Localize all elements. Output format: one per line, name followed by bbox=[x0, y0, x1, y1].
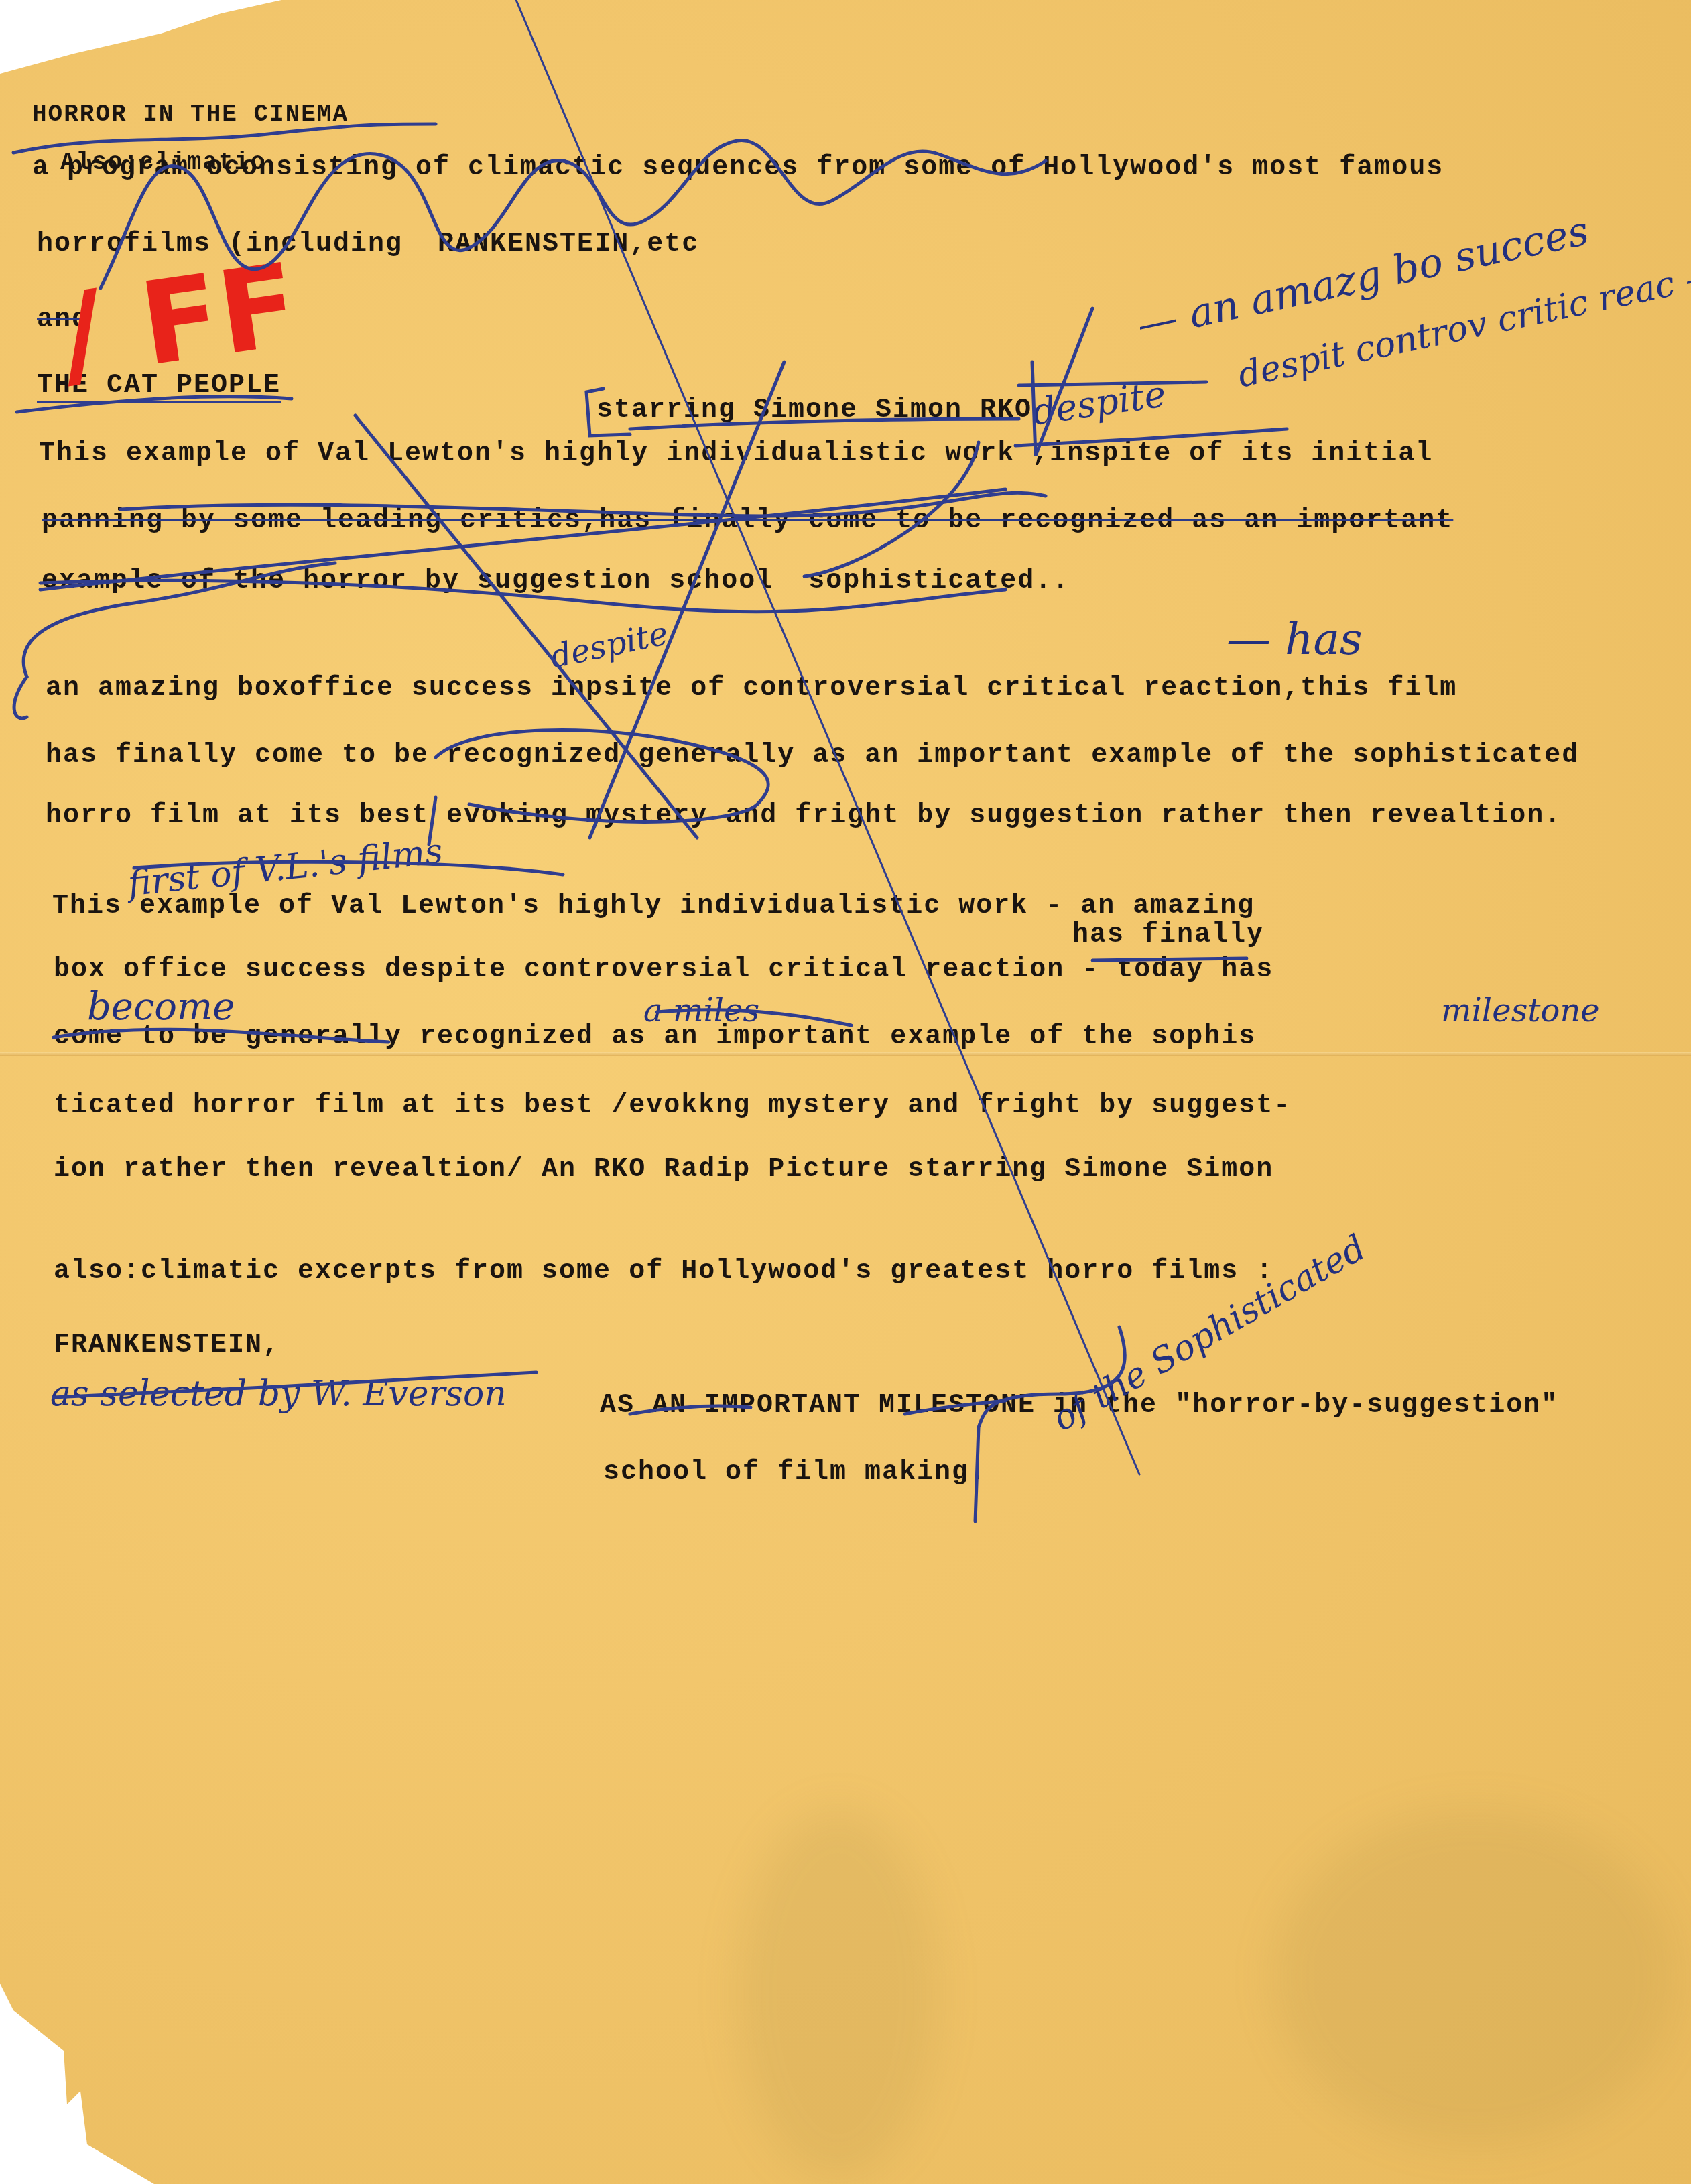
typed-line: ion rather then revealtion/ An RKO Radip… bbox=[54, 1155, 1273, 1185]
paper-stain bbox=[737, 1809, 938, 2178]
typed-line: This example of Val Lewton's highly indi… bbox=[39, 439, 1433, 469]
handwritten-become: become bbox=[87, 985, 235, 1029]
paper-stain bbox=[1273, 1809, 1676, 2144]
typed-line: panning by some leading critics,has fina… bbox=[42, 506, 1453, 536]
typed-line: also:climatic excerpts from some of Holl… bbox=[54, 1257, 1273, 1287]
typed-line-insert: has finally bbox=[1072, 920, 1264, 950]
typed-line: This example of Val Lewton's highly indi… bbox=[52, 891, 1255, 921]
typed-line: school of film making. bbox=[603, 1458, 987, 1488]
typed-line: ticated horror film at its best /evokkng… bbox=[54, 1091, 1291, 1121]
handwritten-a-miles: a miles bbox=[643, 992, 759, 1029]
typed-line: an amazing boxoffice success inpsite of … bbox=[46, 673, 1457, 704]
typed-line: horrofilms (including RANKENSTEIN,etc bbox=[37, 229, 699, 259]
handwritten-as-selected-by-everson: as selected by W. Everson bbox=[50, 1374, 507, 1414]
paper-fold-crease bbox=[0, 1052, 1691, 1056]
typed-line-frankenstein: FRANKENSTEIN, bbox=[54, 1330, 280, 1360]
typed-line: example of the horror by suggestion scho… bbox=[42, 566, 1070, 596]
document-title: HORROR IN THE CINEMA bbox=[32, 101, 349, 128]
typed-line-starring: starring Simone Simon RKO bbox=[597, 395, 1032, 426]
handwritten-has: — has bbox=[1227, 613, 1363, 665]
typed-line: box office success despite controversial… bbox=[54, 955, 1273, 985]
handwritten-milestone: milestone bbox=[1441, 992, 1600, 1029]
typed-line: has finally come to be recognized genera… bbox=[46, 741, 1579, 771]
typed-line: horro film at its best evoking mystery a… bbox=[46, 801, 1562, 831]
typed-line: a program oconsisting of climactic seque… bbox=[32, 153, 1444, 183]
